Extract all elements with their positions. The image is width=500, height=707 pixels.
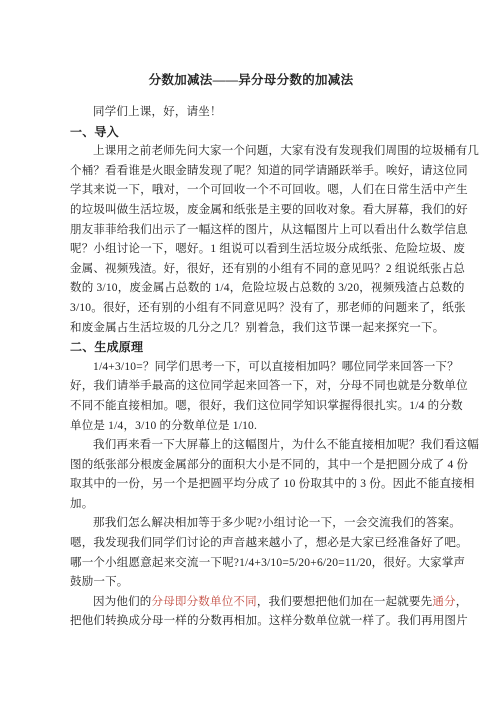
paragraph: 同学们上课，好，请坐！ (70, 103, 432, 123)
text-line: 和废金属占生活垃圾的几分之几？别着急，我们这节课一起来探究一下。 (70, 319, 432, 339)
paragraph: 1/4+3/10=？同学们思考一下，可以直接相加吗？哪位同学来回答一下？好，我们… (70, 358, 432, 436)
paragraph: 因为他们的分母即分数单位不同，我们要想把他们加在一起就要先通分，把他们转换成分母… (70, 593, 432, 632)
text-line: 我们再来看一下大屏幕上的这幅图片，为什么不能直接相加呢？我们看这幅 (70, 436, 432, 456)
text-line: 二、生成原理 (70, 338, 432, 358)
text-line: 1/4+3/10=？同学们思考一下，可以直接相加吗？哪位同学来回答一下？ (70, 358, 432, 378)
text-segment: 数的 3/10，废金属占总数的 1/4，危险垃圾占总数的 3/20，视频残渣占总… (70, 282, 465, 294)
section-heading: 二、生成原理 (70, 338, 432, 358)
highlighted-text: 通分 (432, 596, 455, 608)
text-segment: 不同不能直接相加。嗯，很好，我们这位同学知识掌握得很扎实。1/4 的分数 (70, 400, 463, 412)
paragraph: 那我们怎么解决相加等于多少呢?小组讨论一下，一会交流我们的答案。嗯，我发现我们同… (70, 514, 432, 592)
text-line: 加。 (70, 495, 432, 515)
text-segment: 单位是 1/4，3/10 的分数单位是 1/10. (70, 420, 257, 432)
text-segment: 朋友菲菲给我们出示了一幅这样的图片，从这幅图片上可以看出什么数学信息 (70, 224, 468, 236)
document-page: 分数加减法——异分母分数的加减法同学们上课，好，请坐！一、导入上课用之前老师先问… (0, 0, 500, 707)
text-line: 不同不能直接相加。嗯，很好，我们这位同学知识掌握得很扎实。1/4 的分数 (70, 397, 432, 417)
text-line: 数的 3/10，废金属占总数的 1/4，危险垃圾占总数的 3/20，视频残渣占总… (70, 279, 432, 299)
text-line: 因为他们的分母即分数单位不同，我们要想把他们加在一起就要先通分， (70, 593, 432, 613)
text-segment: 的垃圾叫做生活垃圾，废金属和纸张是主要的回收对象。看大屏幕，我们的好 (70, 204, 468, 216)
text-segment: 和废金属占生活垃圾的几分之几？别着急，我们这节课一起来探究一下。 (70, 322, 444, 334)
text-segment: 因为他们的 (93, 596, 152, 608)
text-segment: 同学们上课，好，请坐！ (93, 106, 222, 118)
text-line: 同学们上课，好，请坐！ (70, 103, 432, 123)
text-segment: 上课用之前老师先问大家一个问题，大家有没有发现我们周围的垃圾桶有几 (93, 145, 479, 157)
text-segment: ，我们要想把他们加在一起就要先 (257, 596, 433, 608)
text-segment: ， (456, 596, 468, 608)
text-line: 好，我们请举手最高的这位同学起来回答一下，对，分母不同也就是分数单位 (70, 377, 432, 397)
text-segment: 学其来说一下，哦对，一个可回收一个不可回收。嗯，人们在日常生活中产生 (70, 184, 468, 196)
text-segment: 鼓励一下。 (70, 576, 129, 588)
text-segment: 图的纸张部分根废金属部分的面积大小是不同的，其中一个是把圆分成了 4 份 (70, 459, 468, 471)
text-line: 学其来说一下，哦对，一个可回收一个不可回收。嗯，人们在日常生活中产生 (70, 181, 432, 201)
text-line: 那我们怎么解决相加等于多少呢?小组讨论一下，一会交流我们的答案。 (70, 514, 432, 534)
text-segment: 1/4+3/10=？同学们思考一下，可以直接相加吗？哪位同学来回答一下？ (93, 361, 459, 373)
document-body: 分数加减法——异分母分数的加减法同学们上课，好，请坐！一、导入上课用之前老师先问… (0, 0, 500, 707)
text-segment: 3/10。很好，还有别的小组有不同意见吗？没有了，那老师的问题来了，纸张 (70, 302, 466, 314)
document-title: 分数加减法——异分母分数的加减法 (70, 68, 432, 92)
section-heading: 一、导入 (70, 123, 432, 143)
text-line: 分数加减法——异分母分数的加减法 (70, 68, 432, 92)
highlighted-text: 分母即分数单位不同 (152, 596, 257, 608)
text-segment: 哪一个小组愿意起来交流一下呢?1/4+3/10=5/20+6/20=11/20，… (70, 557, 465, 569)
text-line: 把他们转换成分母一样的分数再相加。这样分数单位就一样了。我们再用图片 (70, 612, 432, 632)
text-line: 个桶？看看谁是火眼金睛发现了呢？知道的同学请踊跃举手。唉好，请这位同 (70, 162, 432, 182)
text-segment: 嗯，我发现我们同学们讨论的声音越来越小了，想必是大家已经准备好了吧。 (70, 537, 468, 549)
paragraph: 上课用之前老师先问大家一个问题，大家有没有发现我们周围的垃圾桶有几个桶？看看谁是… (70, 142, 432, 338)
text-segment: 我们再来看一下大屏幕上的这幅图片，为什么不能直接相加呢？我们看这幅 (93, 439, 479, 451)
text-segment: 加。 (70, 498, 93, 510)
text-line: 鼓励一下。 (70, 573, 432, 593)
text-segment: 好，我们请举手最高的这位同学起来回答一下，对，分母不同也就是分数单位 (70, 380, 468, 392)
text-segment: 金属、视频残渣。好，很好，还有别的小组有不同的意见吗？2 组说纸张占总 (70, 263, 465, 275)
text-line: 呢？小组讨论一下，嗯好。1 组说可以看到生活垃圾分成纸张、危险垃圾、废 (70, 240, 432, 260)
text-line: 一、导入 (70, 123, 432, 143)
text-segment: 把他们转换成分母一样的分数再相加。这样分数单位就一样了。我们再用图片 (70, 615, 468, 627)
text-line: 哪一个小组愿意起来交流一下呢?1/4+3/10=5/20+6/20=11/20，… (70, 554, 432, 574)
text-line: 上课用之前老师先问大家一个问题，大家有没有发现我们周围的垃圾桶有几 (70, 142, 432, 162)
text-line: 单位是 1/4，3/10 的分数单位是 1/10. (70, 417, 432, 437)
text-line: 取其中的一份，另一个是把圆平均分成了 10 份取其中的 3 份。因此不能直接相 (70, 475, 432, 495)
text-line: 嗯，我发现我们同学们讨论的声音越来越小了，想必是大家已经准备好了吧。 (70, 534, 432, 554)
paragraph: 我们再来看一下大屏幕上的这幅图片，为什么不能直接相加呢？我们看这幅图的纸张部分根… (70, 436, 432, 514)
text-segment: 分数加减法——异分母分数的加减法 (149, 73, 354, 87)
text-line: 3/10。很好，还有别的小组有不同意见吗？没有了，那老师的问题来了，纸张 (70, 299, 432, 319)
text-line: 图的纸张部分根废金属部分的面积大小是不同的，其中一个是把圆分成了 4 份 (70, 456, 432, 476)
text-segment: 呢？小组讨论一下，嗯好。1 组说可以看到生活垃圾分成纸张、危险垃圾、废 (70, 243, 465, 255)
text-line: 朋友菲菲给我们出示了一幅这样的图片，从这幅图片上可以看出什么数学信息 (70, 221, 432, 241)
text-line: 金属、视频残渣。好，很好，还有别的小组有不同的意见吗？2 组说纸张占总 (70, 260, 432, 280)
text-segment: 个桶？看看谁是火眼金睛发现了呢？知道的同学请踊跃举手。唉好，请这位同 (70, 165, 468, 177)
text-segment: 二、生成原理 (70, 340, 143, 354)
text-line: 的垃圾叫做生活垃圾，废金属和纸张是主要的回收对象。看大屏幕，我们的好 (70, 201, 432, 221)
text-segment: 取其中的一份，另一个是把圆平均分成了 10 份取其中的 3 份。因此不能直接相 (70, 478, 475, 490)
text-segment: 一、导入 (70, 125, 119, 139)
text-segment: 那我们怎么解决相加等于多少呢?小组讨论一下，一会交流我们的答案。 (93, 517, 461, 529)
